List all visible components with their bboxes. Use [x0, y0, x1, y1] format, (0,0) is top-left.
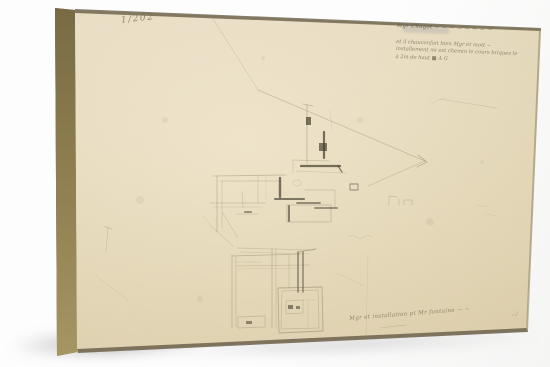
artwork-photo: 1/202 Mgr Chagot ~ — — — — — — — et il c…	[0, 0, 550, 367]
annotation-top-right: Mgr Chagot ~ — — — — — — — et il chaucon…	[395, 23, 532, 67]
drawing-surface: 1/202 Mgr Chagot ~ — — — — — — — et il c…	[0, 0, 550, 367]
